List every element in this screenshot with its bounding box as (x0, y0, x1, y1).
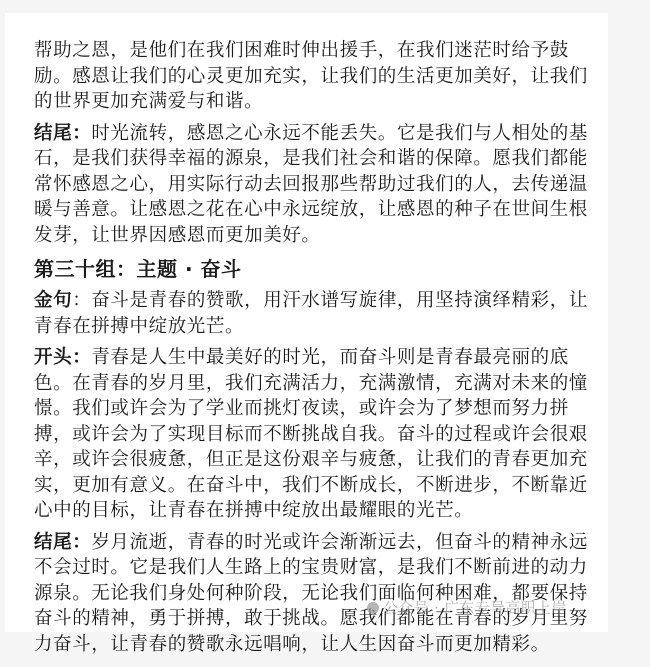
watermark-text: 公众号 · 广东专导高职上岸 (383, 599, 567, 617)
article-card: 帮助之恩，是他们在我们困难时伸出援手，在我们迷茫时给予鼓 励。感恩让我们的心灵更… (5, 13, 608, 632)
opening-text: 青春是人生中最美好的时光，而奋斗则是青春最亮丽的底 (91, 347, 569, 368)
text-line: 心中的目标，让青春在拼搏中绽放出最耀眼的光芒。 (34, 498, 594, 524)
text-line: 力奋斗，让青春的赞歌永远唱响，让人生因奋斗而更加精彩。 (34, 632, 594, 658)
text-line: 常怀感恩之心，用实际行动去回报那些帮助过我们的人，去传递温 (34, 172, 594, 198)
article-content: 帮助之恩，是他们在我们困难时伸出援手，在我们迷茫时给予鼓 励。感恩让我们的心灵更… (34, 38, 594, 663)
text-line: 不会过时。它是我们人生路上的宝贵财富，是我们不断前进的动力 (34, 555, 594, 581)
ending-label: 结尾： (34, 123, 91, 144)
golden-sentence-colon: ： (72, 290, 91, 311)
text-line: 暖与善意。让感恩之花在心中永远绽放，让感恩的种子在世间生根 (34, 197, 594, 223)
watermark: 公众号 · 广东专导高职上岸 (367, 597, 567, 618)
text-line: 开头：青春是人生中最美好的时光，而奋斗则是青春最亮丽的底 (34, 345, 594, 371)
text-line: 结尾：岁月流逝，青春的时光或许会渐渐远去，但奋斗的精神永远 (34, 530, 594, 556)
ending-text: 时光流转，感恩之心永远不能丢失。它是我们与人相处的基 (91, 123, 588, 144)
text-line: 实，更加有意义。在奋斗中，我们不断成长，不断进步，不断靠近 (34, 473, 594, 499)
text-line: 憬。我们或许会为了学业而挑灯夜读，或许会为了梦想而努力拼 (34, 396, 594, 422)
text-line: 辛，或许会很疲惫，但正是这份艰辛与疲惫，让我们的青春更加充 (34, 447, 594, 473)
gratitude-tail-paragraph: 帮助之恩，是他们在我们困难时伸出援手，在我们迷茫时给予鼓 励。感恩让我们的心灵更… (34, 38, 594, 115)
opening-label: 开头： (34, 347, 91, 368)
text-line: 发芽，让世界因感恩而更加美好。 (34, 223, 594, 249)
ending-paragraph: 结尾：岁月流逝，青春的时光或许会渐渐远去，但奋斗的精神永远 不会过时。它是我们人… (34, 530, 594, 658)
ending-text: 岁月流逝，青春的时光或许会渐渐远去，但奋斗的精神永远 (91, 532, 588, 553)
golden-sentence-label: 金句 (34, 290, 72, 311)
section-heading: 第三十组：主题 · 奋斗 (34, 254, 594, 284)
text-line: 金句：奋斗是青春的赞歌，用汗水谱写旋律，用坚持演绎精彩，让 (34, 288, 594, 314)
text-line: 石，是我们获得幸福的源泉，是我们社会和谐的保障。愿我们都能 (34, 146, 594, 172)
golden-sentence-paragraph: 金句：奋斗是青春的赞歌，用汗水谱写旋律，用坚持演绎精彩，让 青春在拼搏中绽放光芒… (34, 288, 594, 339)
text-line: 结尾：时光流转，感恩之心永远不能丢失。它是我们与人相处的基 (34, 121, 594, 147)
text-line: 帮助之恩，是他们在我们困难时伸出援手，在我们迷茫时给予鼓 (34, 38, 594, 64)
golden-sentence-text: 奋斗是青春的赞歌，用汗水谱写旋律，用坚持演绎精彩，让 (91, 290, 588, 311)
text-line: 青春在拼搏中绽放光芒。 (34, 314, 594, 340)
ending-label: 结尾： (34, 532, 91, 553)
text-line: 的世界更加充满爱与和谐。 (34, 89, 594, 115)
opening-paragraph: 开头：青春是人生中最美好的时光，而奋斗则是青春最亮丽的底 色。在青春的岁月里，我… (34, 345, 594, 524)
text-line: 色。在青春的岁月里，我们充满活力，充满激情，充满对未来的憧 (34, 371, 594, 397)
gratitude-ending-paragraph: 结尾：时光流转，感恩之心永远不能丢失。它是我们与人相处的基 石，是我们获得幸福的… (34, 121, 594, 249)
text-line: 励。感恩让我们的心灵更加充实，让我们的生活更加美好，让我们 (34, 64, 594, 90)
text-line: 搏，或许会为了实现目标而不断挑战自我。奋斗的过程或许会很艰 (34, 422, 594, 448)
wechat-official-account-icon (367, 602, 379, 614)
